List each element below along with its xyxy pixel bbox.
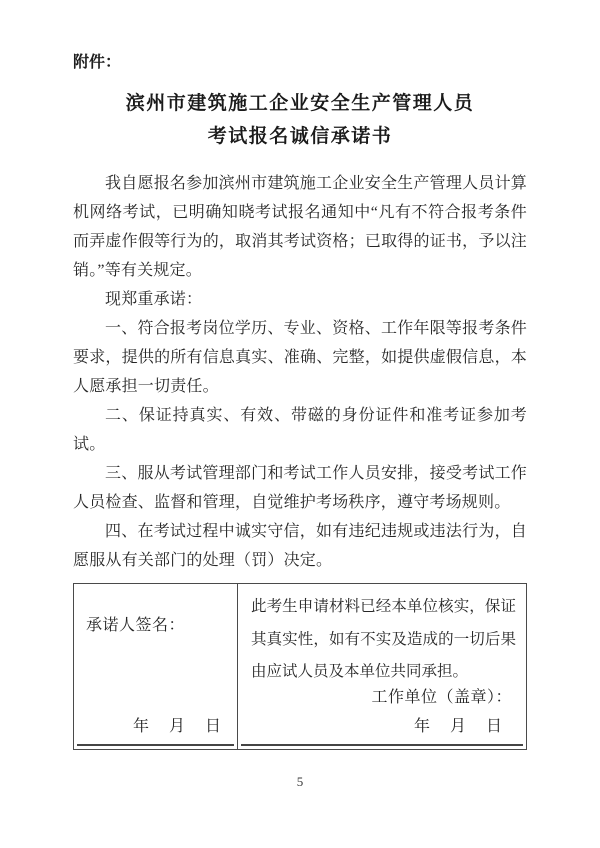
unit-cell: 此考生申请材料已经本单位核实，保证其真实性，如有不实及造成的一切后果由应试人员及… (238, 584, 526, 749)
title-line-1: 滨州市建筑施工企业安全生产管理人员 (73, 87, 527, 120)
document-title: 滨州市建筑施工企业安全生产管理人员 考试报名诚信承诺书 (73, 87, 527, 153)
unit-seal-label: 工作单位（盖章）： (371, 684, 512, 707)
paragraph-item-4: 四、在考试过程中诚实守信，如有违纪违规或违法行为，自愿服从有关部门的处理（罚）决… (73, 517, 527, 575)
unit-date-line: 年 月 日 (414, 713, 504, 736)
body-text: 我自愿报名参加滨州市建筑施工企业安全生产管理人员计算机网络考试，已明确知晓考试报… (73, 169, 527, 575)
signer-cell: 承诺人签名： 年 月 日 (74, 584, 238, 749)
paragraph-item-3: 三、服从考试管理部门和考试工作人员安排，接受考试工作人员检查、监督和管理，自觉维… (73, 459, 527, 517)
paragraph-pledge-heading: 现郑重承诺： (73, 285, 527, 314)
paragraph-item-1: 一、符合报考岗位学历、专业、资格、工作年限等报考条件要求，提供的所有信息真实、准… (73, 314, 527, 401)
paragraph-item-2: 二、保证持真实、有效、带磁的身份证件和准考证参加考试。 (73, 401, 527, 459)
unit-verification-statement: 此考生申请材料已经本单位核实，保证其真实性，如有不实及造成的一切后果由应试人员及… (251, 591, 516, 689)
document-page: 附件： 滨州市建筑施工企业安全生产管理人员 考试报名诚信承诺书 我自愿报名参加滨… (0, 0, 600, 848)
paragraph-intro: 我自愿报名参加滨州市建筑施工企业安全生产管理人员计算机网络考试，已明确知晓考试报… (73, 169, 527, 285)
signer-label: 承诺人签名： (86, 612, 237, 635)
signer-date-line: 年 月 日 (133, 713, 223, 736)
signature-table: 承诺人签名： 年 月 日 此考生申请材料已经本单位核实，保证其真实性，如有不实及… (73, 583, 527, 750)
page-content: 附件： 滨州市建筑施工企业安全生产管理人员 考试报名诚信承诺书 我自愿报名参加滨… (0, 0, 600, 750)
attachment-label: 附件： (73, 52, 527, 74)
title-line-2: 考试报名诚信承诺书 (73, 120, 527, 153)
page-number: 5 (0, 774, 600, 790)
